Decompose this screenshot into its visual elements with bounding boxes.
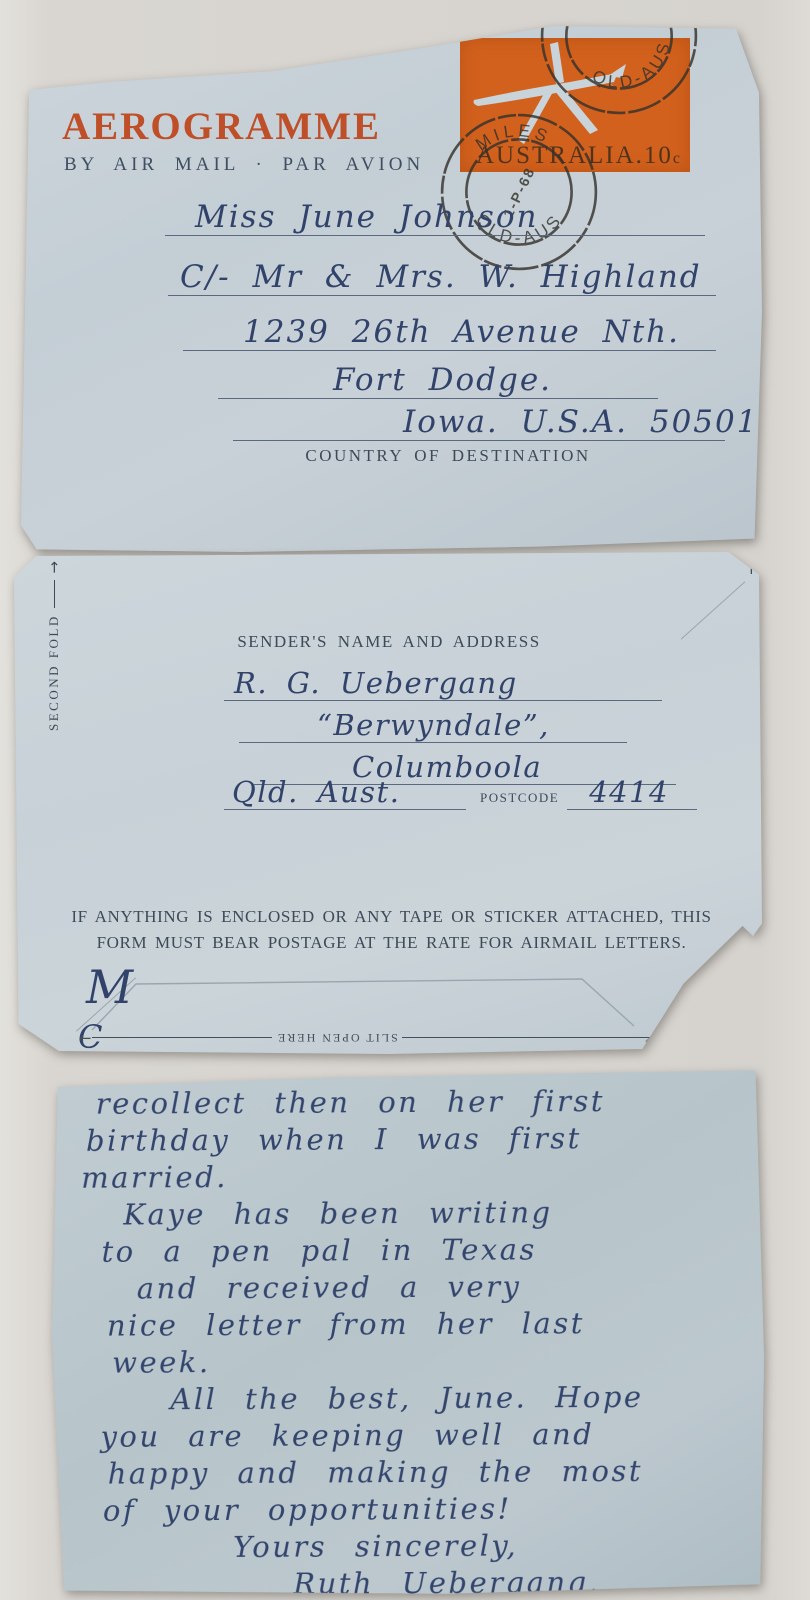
aerogramme-title: AEROGRAMME	[62, 104, 381, 149]
aerogramme-front-paper: AEROGRAMME BY AIR MAIL · PAR AVION AUSTR…	[18, 18, 762, 552]
postage-notice: IF ANYTHING IS ENCLOSED OR ANY TAPE OR S…	[69, 904, 714, 956]
postage-notice-line: IF ANYTHING IS ENCLOSED OR ANY TAPE OR S…	[69, 904, 714, 930]
letter-paper: recollect then on her first birthday whe…	[51, 1070, 766, 1596]
letter-line: nice letter from her last	[52, 1300, 764, 1341]
address-text: Miss June Johnson	[165, 202, 538, 235]
letter-line: Yours sincerely,	[53, 1522, 765, 1563]
letter-page: recollect then on her first birthday whe…	[51, 1070, 766, 1596]
stray-handwriting-mark: M	[86, 960, 133, 1014]
corner-fold-line	[681, 581, 746, 639]
letter-line: recollect then on her first	[51, 1078, 763, 1119]
address-line: Miss June Johnson	[165, 181, 705, 236]
stamp-denomination: 10c	[644, 142, 682, 170]
country-of-destination-label: COUNTRY OF DESTINATION	[168, 446, 728, 466]
state-underline: Qld. Aust.	[224, 763, 466, 810]
letter-line: All the best, June. Hope	[52, 1374, 764, 1415]
postcode-label: POSTCODE	[466, 790, 567, 810]
postmark-region-text: QLD-AUS	[582, 32, 685, 102]
letter-line: you are keeping well and	[52, 1411, 764, 1452]
letter-line: of your opportunities!	[53, 1485, 765, 1526]
aerogramme-back: SECOND FOLD → ↑ SENDER'S NAME AND ADDRES…	[14, 552, 762, 1054]
slit-line	[402, 1037, 654, 1038]
slit-open-here-label: SLIT OPEN HERE	[272, 1030, 402, 1045]
aerogramme-back-paper: SECOND FOLD → ↑ SENDER'S NAME AND ADDRES…	[14, 552, 762, 1054]
fold-line	[54, 580, 55, 609]
address-text: C/- Mr & Mrs. W. Highland	[168, 262, 702, 295]
second-fold-label: SECOND FOLD →	[45, 561, 63, 731]
fold-arrow-icon: ↑	[745, 560, 758, 578]
sender-line: “Berwyndale”,	[239, 696, 627, 743]
letter-line: happy and making the most	[53, 1448, 765, 1489]
fold-arrow-icon: →	[45, 561, 63, 574]
postcode-value: 4414	[567, 778, 669, 809]
letter-line: birthday when I was first	[51, 1115, 763, 1156]
slit-line	[92, 1037, 272, 1038]
address-line: 1239 26th Avenue Nth.	[183, 296, 716, 351]
sender-line: R. G. Uebergang	[224, 654, 662, 701]
svg-text:MILES: MILES	[472, 120, 554, 154]
postmark-town-text: MILES	[472, 120, 554, 154]
letter-line: and received a very	[52, 1263, 764, 1304]
address-text: Iowa. U.S.A. 50501	[233, 407, 758, 440]
aerogramme-front: AEROGRAMME BY AIR MAIL · PAR AVION AUSTR…	[18, 18, 762, 552]
postcode-underline: 4414	[567, 763, 697, 810]
letter-line: married.	[51, 1152, 763, 1193]
postage-notice-line: FORM MUST BEAR POSTAGE AT THE RATE FOR A…	[69, 930, 714, 956]
airmail-subtitle: BY AIR MAIL · PAR AVION	[64, 154, 424, 176]
letter-line: Ruth Uebergang.	[53, 1559, 765, 1600]
letter-line: week.	[52, 1337, 764, 1378]
address-line: C/- Mr & Mrs. W. Highland	[168, 241, 716, 296]
sender-text: Qld. Aust.	[224, 778, 400, 809]
address-line: Iowa. U.S.A. 50501	[233, 386, 725, 441]
letter-line: to a pen pal in Texas	[51, 1226, 763, 1267]
letter-line: Kaye has been writing	[51, 1189, 763, 1230]
sender-line: Qld. Aust. POSTCODE 4414	[224, 764, 697, 810]
sender-heading: SENDER'S NAME AND ADDRESS	[199, 632, 579, 652]
slit-open-here: ← SLIT OPEN HERE	[79, 1030, 654, 1045]
torn-corner	[622, 930, 764, 1052]
svg-text:QLD-AUS: QLD-AUS	[582, 32, 685, 102]
